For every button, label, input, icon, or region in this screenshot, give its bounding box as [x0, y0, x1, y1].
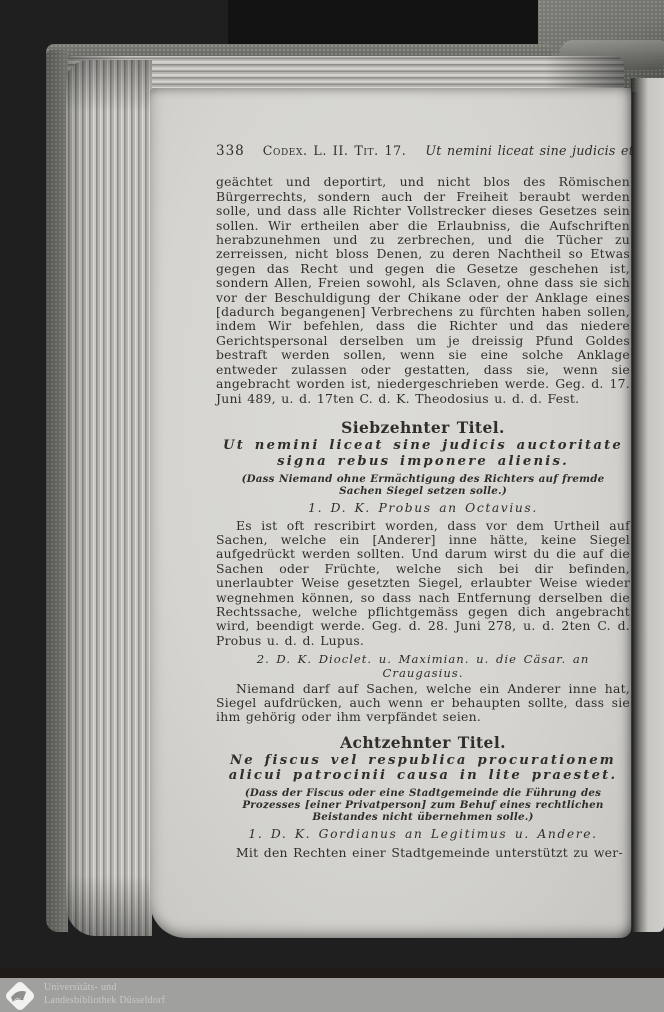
library-name: Universitäts- und Landesbibliothek Düsse… — [44, 982, 165, 1008]
law-text-18-1: Mit den Rechten einer Stadtgemeinde unte… — [216, 846, 630, 860]
banner-top-strip — [0, 968, 664, 978]
latin-title-17: Ut nemini liceat sine judicis auctoritat… — [216, 438, 630, 469]
book-cover-left-edge — [46, 50, 68, 932]
german-note-18: (Dass der Fiscus oder eine Stadtgemeinde… — [216, 787, 630, 823]
section-heading-title-18: Achtzehnter Titel. — [216, 734, 630, 751]
ulb-duesseldorf-logo-icon — [2, 980, 38, 1012]
running-title: Codex. L. II. Tit. 17. — [263, 144, 407, 158]
law-heading-17-2: 2. D. K. Dioclet. u. Maximian. u. die Cä… — [216, 652, 630, 680]
section-heading-title-17: Siebzehnter Titel. — [216, 419, 630, 436]
text-column: 338 Codex. L. II. Tit. 17. Ut nemini lic… — [216, 144, 630, 860]
page-edges-fore-edge — [66, 60, 152, 936]
german-note-17: (Dass Niemand ohne Ermächtigung des Rich… — [216, 473, 630, 497]
library-banner: Universitäts- und Landesbibliothek Düsse… — [0, 978, 664, 1012]
paragraph-continuation: geächtet und deportirt, und nicht blos d… — [216, 175, 630, 406]
background-dark-block — [228, 0, 544, 46]
page-number: 338 — [216, 144, 245, 158]
law-heading-18-1: 1. D. K. Gordianus an Legitimus u. Ander… — [216, 827, 630, 841]
running-subject: Ut nemini liceat sine judicis etc. — [425, 144, 645, 158]
law-text-17-2: Niemand darf auf Sachen, welche ein Ande… — [216, 682, 630, 725]
scanned-page: 338 Codex. L. II. Tit. 17. Ut nemini lic… — [150, 88, 632, 938]
latin-title-18: Ne fiscus vel respublica procurationem a… — [216, 753, 630, 784]
library-name-line1: Universitäts- und — [44, 982, 165, 995]
library-name-line2: Landesbibliothek Düsseldorf — [44, 995, 165, 1008]
law-text-17-1: Es ist oft rescribirt worden, dass vor d… — [216, 519, 630, 649]
book-gutter-facing-page — [631, 78, 664, 932]
running-header: 338 Codex. L. II. Tit. 17. Ut nemini lic… — [216, 144, 630, 158]
book-scan-viewport: 338 Codex. L. II. Tit. 17. Ut nemini lic… — [0, 0, 664, 1012]
law-heading-17-1: 1. D. K. Probus an Octavius. — [216, 501, 630, 515]
